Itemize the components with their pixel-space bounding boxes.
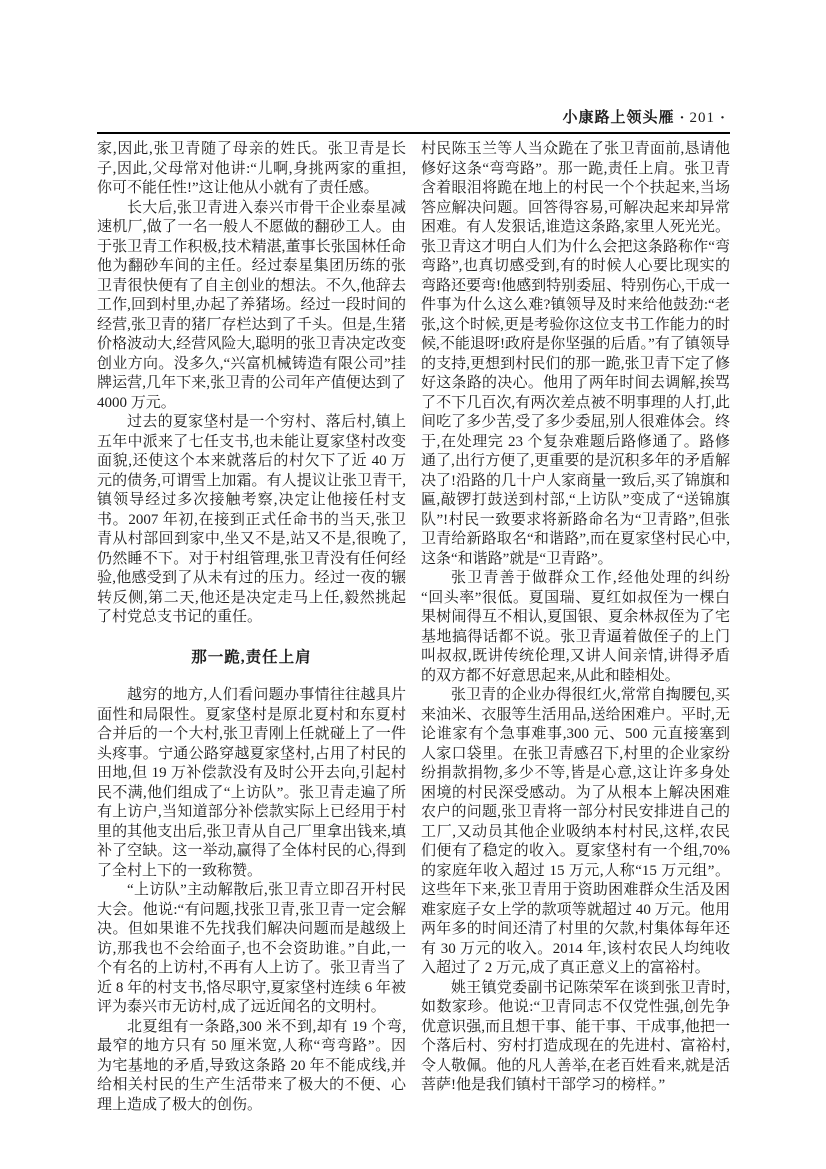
paragraph: 村民陈玉兰等人当众跪在了张卫青面前,恳请他修好这条“弯弯路”。那一跪,责任上肩。… (421, 140, 730, 569)
paragraph: 张卫青的企业办得很红火,常常自掏腰包,买来油米、衣服等生活用品,送给困难户。平时… (421, 686, 730, 979)
paragraph: 家,因此,张卫青随了母亲的姓氏。张卫青是长子,因此,父母常对他讲:“儿啊,身挑两… (97, 140, 406, 199)
separator-dot: · (679, 110, 684, 127)
paragraph: 姚王镇党委副书记陈荣军在谈到张卫青时,如数家珍。他说:“卫青同志不仅党性强,创先… (421, 979, 730, 1096)
book-page: 小康路上领头雁·201· 家,因此,张卫青随了母亲的姓氏。张卫青是长子,因此,父… (0, 0, 826, 1169)
section-heading: 那一跪,责任上肩 (97, 648, 406, 668)
paragraph: “上访队”主动解散后,张卫青立即召开村民大会。他说:“有问题,找张卫青,张卫青一… (97, 881, 406, 1018)
separator-dot: · (720, 110, 725, 127)
page-header: 小康路上领头雁·201· (97, 0, 730, 127)
page-content: 小康路上领头雁·201· 家,因此,张卫青随了母亲的姓氏。张卫青是长子,因此,父… (97, 0, 730, 1115)
paragraph: 北夏组有一条路,300 米不到,却有 19 个弯,最窄的地方只有 50 厘米宽,… (97, 1018, 406, 1116)
paragraph: 张卫青善于做群众工作,经他处理的纠纷“回头率”很低。夏国瑞、夏红如叔侄为一棵白果… (421, 569, 730, 686)
right-column: 村民陈玉兰等人当众跪在了张卫青面前,恳请他修好这条“弯弯路”。那一跪,责任上肩。… (421, 140, 730, 1115)
left-column: 家,因此,张卫青随了母亲的姓氏。张卫青是长子,因此,父母常对他讲:“儿啊,身挑两… (97, 140, 406, 1115)
paragraph: 过去的夏家垡村是一个穷村、落后村,镇上五年中派来了七任支书,也未能让夏家垡村改变… (97, 413, 406, 628)
paragraph: 长大后,张卫青进入泰兴市骨干企业泰星减速机厂,做了一名一般人不愿做的翻砂工人。由… (97, 199, 406, 414)
text-columns: 家,因此,张卫青随了母亲的姓氏。张卫青是长子,因此,父母常对他讲:“儿啊,身挑两… (97, 140, 730, 1115)
header-rule (97, 132, 730, 134)
running-title: 小康路上领头雁 (562, 110, 674, 126)
paragraph: 越穷的地方,人们看问题办事情往往越具片面性和局限性。夏家垡村是原北夏村和东夏村合… (97, 686, 406, 881)
page-number: 201 (689, 110, 715, 126)
